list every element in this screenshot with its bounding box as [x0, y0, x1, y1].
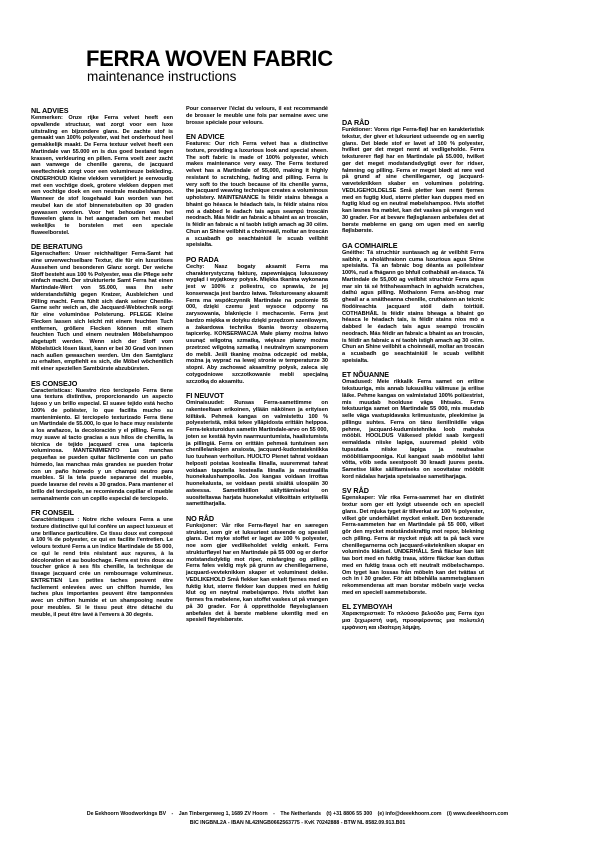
- section-heading: FR CONSEIL: [31, 509, 173, 517]
- footer-separator: -: [172, 811, 174, 817]
- section-heading: DA RÅD: [342, 119, 484, 127]
- section-text: Omadused: Meie rikkalik Ferra samet on e…: [342, 379, 484, 480]
- section-de: DE BERATUNG Eigenschaften: Unser reichha…: [31, 243, 173, 373]
- section-es: ES CONSEJO Características: Nuestro rico…: [31, 380, 173, 503]
- column-3: DA RÅD Funktioner: Vores rige Ferra-fløj…: [342, 119, 484, 638]
- footer-separator: -: [228, 820, 230, 826]
- footer-phone: (t) +31 8806 55 300: [326, 811, 372, 817]
- footer-contact-line: De Eekhoorn Woodworkings BV - Jan Tinber…: [0, 811, 595, 818]
- section-text: Gnéithe: Tá struchtúr suntasach ag ár ve…: [342, 250, 484, 365]
- section-en: EN ADVICE Features: Our rich Ferra velve…: [186, 133, 328, 249]
- section-text: Eigenschaften: Unser reichhaltiger Ferra…: [31, 251, 173, 373]
- section-heading: GA COMHAIRLE: [342, 242, 484, 250]
- section-text: Caractéristiques : Notre riche velours F…: [31, 517, 173, 618]
- document-subtitle: maintenance instructions: [87, 69, 236, 85]
- section-ga: GA COMHAIRLE Gnéithe: Tá struchtúr sunta…: [342, 242, 484, 365]
- section-fi: FI NEUVOT Ominaisuudet: Runsas Ferra-sam…: [186, 392, 328, 508]
- section-heading: ET NÕUANNE: [342, 371, 484, 379]
- footer-btw: BTW NL 8582.09.913.B01: [344, 820, 405, 826]
- section-no: NO RÅD Funksjoner: Vår rike Ferra-fløyel…: [186, 515, 328, 624]
- footer-country: The Netherlands: [280, 811, 321, 817]
- column-2: Pour conserver l'éclat du velours, il es…: [186, 106, 328, 631]
- footer-address: Jan Tinbergenweg 1, 1689 ZV Hoorn: [179, 811, 268, 817]
- section-text: Pour conserver l'éclat du velours, il es…: [186, 106, 328, 126]
- section-heading: PO RADA: [186, 256, 328, 264]
- section-text: Features: Our rich Ferra velvet has a di…: [186, 141, 328, 249]
- section-et: ET NÕUANNE Omadused: Meie rikkalik Ferra…: [342, 371, 484, 480]
- section-heading: EL ΣΥΜΒΟΥΛΗ: [342, 603, 484, 611]
- section-heading: FI NEUVOT: [186, 392, 328, 400]
- section-heading: EN ADVICE: [186, 133, 328, 141]
- section-sv: SV RÅD Egenskaper: Vår rika Ferra-sammet…: [342, 487, 484, 596]
- footer-separator: -: [273, 811, 275, 817]
- section-da: DA RÅD Funktioner: Vores rige Ferra-fløj…: [342, 119, 484, 235]
- footer-kvk: KvK 70242888: [304, 820, 339, 826]
- footer-registration-line: BIC INGBNL2A - IBAN NL42INGB0662563775 -…: [0, 820, 595, 827]
- section-text: Funksjoner: Vår rike Ferra-fløyel har en…: [186, 523, 328, 624]
- section-fr: FR CONSEIL Caractéristiques : Notre rich…: [31, 509, 173, 618]
- section-heading: DE BERATUNG: [31, 243, 173, 251]
- section-po: PO RADA Cechy: Nasz bogaty aksamit Ferra…: [186, 256, 328, 386]
- footer-separator: -: [341, 820, 343, 826]
- section-text: Características: Nuestro rico terciopelo…: [31, 388, 173, 503]
- document-title: FERRA WOVEN FABRIC: [86, 47, 333, 71]
- section-heading: NO RÅD: [186, 515, 328, 523]
- footer-separator: -: [301, 820, 303, 826]
- footer-iban: IBAN NL42INGB0662563775: [231, 820, 300, 826]
- section-text: Kenmerken: Onze rijke Ferra velvet heeft…: [31, 115, 173, 237]
- section-text: Funktioner: Vores rige Ferra-fløjl har e…: [342, 127, 484, 235]
- section-heading: ES CONSEJO: [31, 380, 173, 388]
- section-text: Egenskaper: Vår rika Ferra-sammet har en…: [342, 495, 484, 596]
- section-el: EL ΣΥΜΒΟΥΛΗ Χαρακτηριστικά: Το πλούσιο β…: [342, 603, 484, 631]
- section-text: Ominaisuudet: Runsas Ferra-samettimme on…: [186, 400, 328, 508]
- section-fr-continued: Pour conserver l'éclat du velours, il es…: [186, 106, 328, 126]
- footer-company: De Eekhoorn Woodworkings BV: [87, 811, 166, 817]
- column-1: NL ADVIES Kenmerken: Onze rijke Ferra ve…: [31, 107, 173, 625]
- footer-web-link[interactable]: (i) www.deeekhoorn.com: [447, 811, 508, 817]
- section-text: Χαρακτηριστικά: Το πλούσιο βελούδο μας F…: [342, 611, 484, 631]
- section-nl: NL ADVIES Kenmerken: Onze rijke Ferra ve…: [31, 107, 173, 237]
- section-heading: NL ADVIES: [31, 107, 173, 115]
- footer-email-link[interactable]: (e) info@deeekhoorn.com: [378, 811, 442, 817]
- footer-bic: BIC INGBNL2A: [190, 820, 227, 826]
- section-text: Cechy: Nasz bogaty aksamit Ferra ma char…: [186, 264, 328, 386]
